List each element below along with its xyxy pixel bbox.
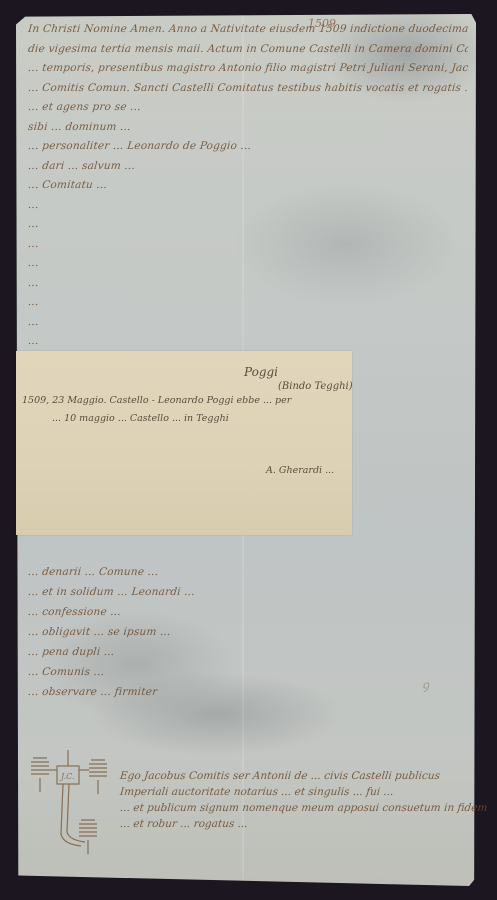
subscription-line: Ego Jacobus Comitis ser Antonii de ... c…	[119, 768, 488, 784]
text-line: ... Comitis Comun. Sancti Castelli Comit…	[27, 79, 469, 99]
label-subtitle: (Bindo Tegghi)	[278, 381, 353, 392]
text-line: ... observare ... firmiter	[27, 682, 469, 702]
text-line: die vigesima tertia mensis maii. Actum i…	[27, 40, 469, 60]
text-line: ... denarii ... Comune ...	[27, 562, 469, 582]
text-line: ... et in solidum ... Leonardi ...	[27, 582, 469, 602]
text-line: ...	[27, 196, 469, 216]
notary-sign-icon: J.C.	[25, 748, 115, 858]
text-line: ... temporis, presentibus magistro Anton…	[27, 59, 469, 79]
text-line: ... personaliter ... Leonardo de Poggio …	[27, 137, 469, 157]
subscription-line: ... et robur ... rogatus ...	[119, 816, 488, 832]
text-line: ... et agens pro se ...	[27, 98, 469, 118]
svg-text:J.C.: J.C.	[59, 772, 75, 781]
lower-text: ... denarii ... Comune ... ... et in sol…	[28, 562, 468, 702]
text-line: ...	[27, 332, 469, 352]
text-line: ...	[27, 215, 469, 235]
text-line: ... pena dupli ...	[27, 642, 469, 662]
text-line: ...	[27, 313, 469, 333]
text-line: ... obligavit ... se ipsum ...	[27, 622, 469, 642]
marginal-signature-mark: ꝯ	[422, 676, 429, 693]
subscription-line: ... et publicum signum nomenque meum app…	[119, 800, 488, 816]
text-line: ...	[27, 274, 469, 294]
text-line: ...	[27, 293, 469, 313]
notarial-subscription: Ego Jacobus Comitis ser Antonii de ... c…	[120, 768, 487, 832]
label-title: Poggi	[244, 365, 278, 379]
text-line: In Christi Nomine Amen. Anno a Nativitat…	[27, 20, 469, 40]
text-line: sibi ... dominum ...	[27, 118, 469, 138]
text-line: ... confessione ...	[27, 602, 469, 622]
main-text: In Christi Nomine Amen. Anno a Nativitat…	[28, 20, 468, 352]
label-signature: A. Gherardi ...	[266, 465, 334, 476]
text-line: ... Comitatu ...	[27, 176, 469, 196]
archival-label: Poggi (Bindo Tegghi) 1509, 23 Maggio. Ca…	[16, 351, 352, 535]
text-line: ... Comunis ...	[27, 662, 469, 682]
label-line-2: ... 10 maggio ... Castello ... in Tegghi	[52, 413, 229, 424]
text-line: ...	[27, 235, 469, 255]
text-line: ... dari ... salvum ...	[27, 157, 469, 177]
label-line-1: 1509, 23 Maggio. Castello - Leonardo Pog…	[22, 395, 291, 406]
text-line: ...	[27, 254, 469, 274]
subscription-line: Imperiali auctoritate notarius ... et si…	[119, 784, 488, 800]
